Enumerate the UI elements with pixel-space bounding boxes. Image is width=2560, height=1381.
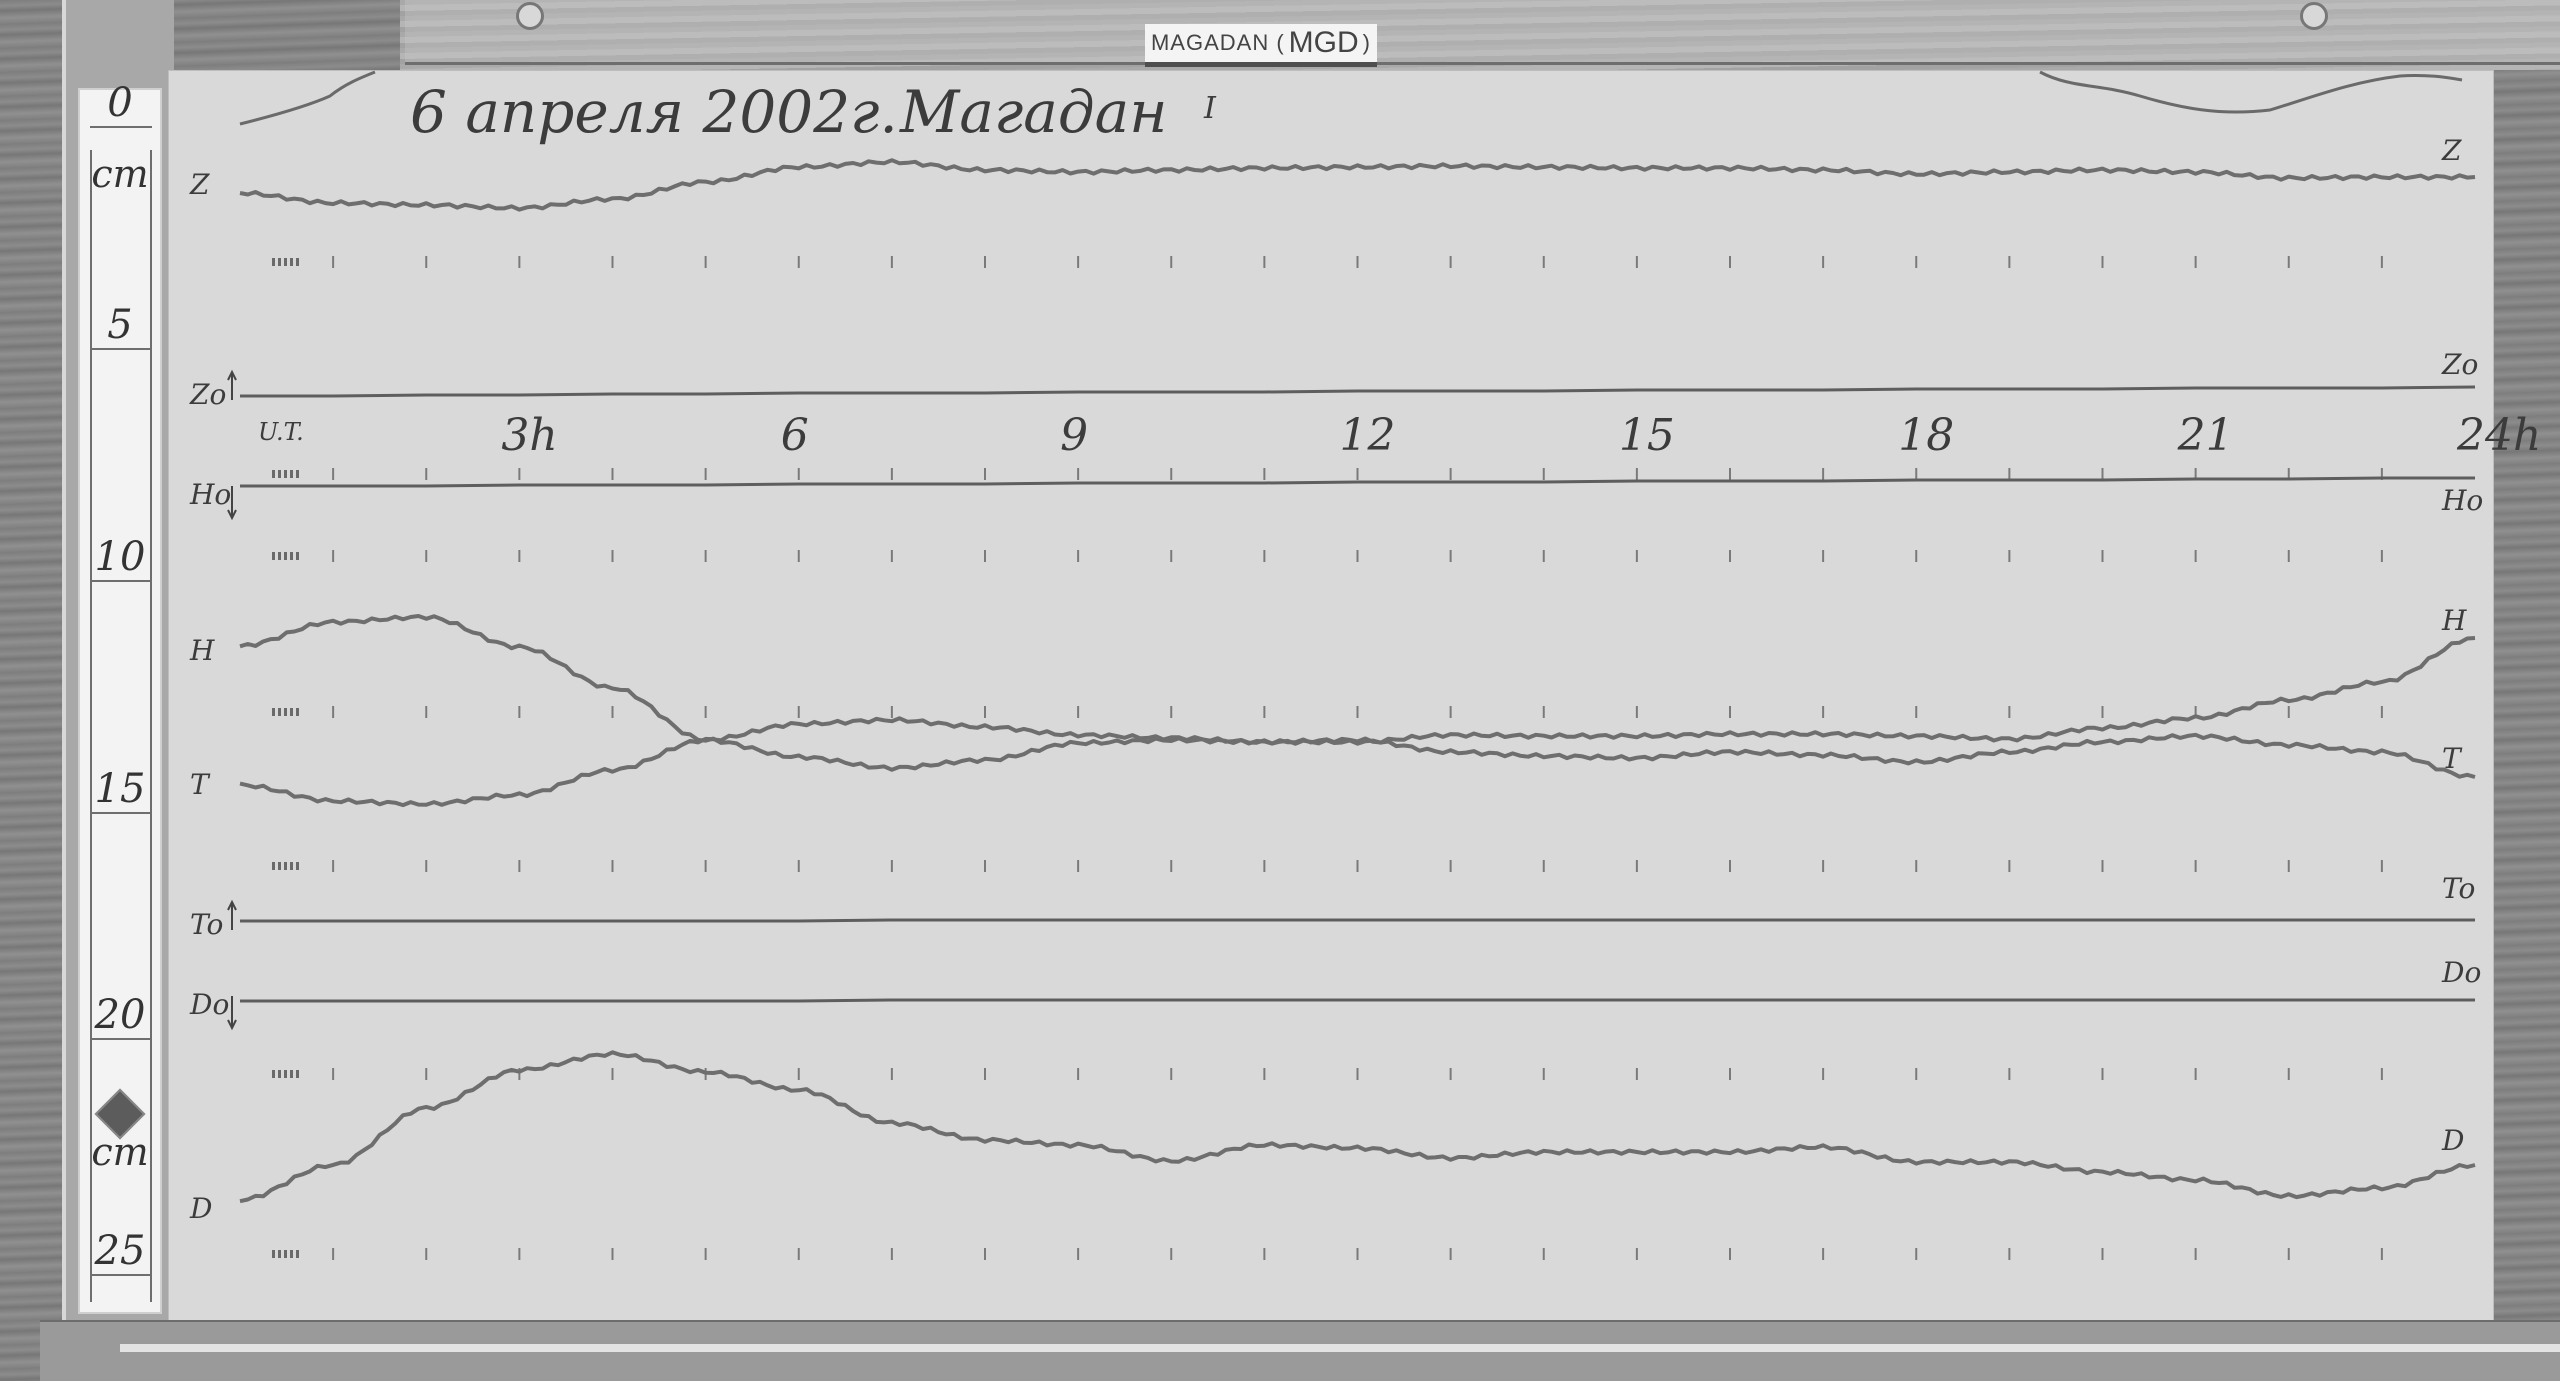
channel-label-right-h: H: [2441, 604, 2467, 637]
time-mark-cluster: [272, 1250, 275, 1258]
time-mark-cluster: [290, 708, 293, 716]
time-mark-cluster: [278, 258, 281, 266]
time-mark-cluster: [284, 708, 287, 716]
series-t-line: [240, 718, 2475, 805]
series-do-line: [240, 1000, 2475, 1001]
channel-label-right-z: Z: [2441, 134, 2462, 167]
time-mark-cluster: [290, 862, 293, 870]
ut-axis-label: U.T.: [258, 418, 304, 446]
x-tick-label: 6: [781, 410, 809, 461]
channel-label-left-d: D: [189, 1192, 212, 1225]
channel-label-right-t0: To: [2442, 872, 2475, 905]
left-channel-labels: ZZoHoHTToDoD: [189, 168, 236, 1225]
time-mark-cluster: [272, 552, 275, 560]
time-mark-cluster: [296, 862, 299, 870]
bottom-frame-board: [40, 1320, 2560, 1381]
time-mark-cluster: [272, 708, 275, 716]
time-mark-cluster: [284, 552, 287, 560]
arrow-up-icon: [228, 372, 236, 400]
x-tick-label: 9: [1060, 410, 1088, 461]
magnetogram-chart: 6 апреля 2002г. Магадан I U.T.3h69121518…: [0, 0, 2560, 1381]
time-mark-cluster: [278, 862, 281, 870]
channel-label-right-z0: Zo: [2441, 348, 2478, 381]
x-tick-label: 15: [1619, 410, 1675, 461]
time-mark-cluster: [296, 1250, 299, 1258]
x-tick-label: 18: [1898, 410, 1954, 461]
time-mark-cluster: [284, 1250, 287, 1258]
time-mark-cluster: [296, 552, 299, 560]
time-mark-cluster: [272, 258, 275, 266]
channel-label-right-t: T: [2442, 742, 2463, 775]
time-mark-cluster: [290, 470, 293, 478]
channel-label-left-d0: Do: [189, 988, 229, 1021]
series-z-line: [240, 160, 2475, 209]
spillover-trace-top-left: [240, 72, 375, 124]
channel-label-right-h0: Ho: [2441, 484, 2483, 517]
chart-title-date: 6 апреля 2002г.: [410, 78, 898, 146]
channel-label-left-t: T: [190, 768, 211, 801]
channel-label-left-t0: To: [190, 908, 223, 941]
time-mark-cluster: [272, 470, 275, 478]
time-mark-cluster: [278, 1070, 281, 1078]
series-h-line: [240, 616, 2475, 770]
time-mark-cluster: [278, 470, 281, 478]
channel-label-right-d0: Do: [2441, 956, 2481, 989]
time-mark-cluster: [296, 1070, 299, 1078]
time-mark-cluster: [296, 258, 299, 266]
time-mark-cluster: [284, 862, 287, 870]
time-mark-cluster: [296, 708, 299, 716]
time-mark-cluster: [284, 1070, 287, 1078]
x-tick-label: 3h: [501, 410, 557, 461]
x-axis-hour-labels: U.T.3h691215182124h: [258, 410, 2541, 461]
x-tick-label: 24h: [2456, 410, 2541, 461]
x-tick-label: 21: [2177, 410, 2234, 461]
x-tick-label: 12: [1340, 410, 1396, 461]
spillover-trace-top-right: [2040, 72, 2462, 112]
channel-label-left-z0: Zo: [189, 378, 226, 411]
channel-label-left-h: H: [189, 634, 215, 667]
time-mark-cluster: [278, 708, 281, 716]
time-mark-cluster: [284, 470, 287, 478]
time-mark-cluster: [290, 258, 293, 266]
series-zo-line: [240, 387, 2475, 396]
time-mark-cluster: [290, 1250, 293, 1258]
time-mark-cluster: [272, 862, 275, 870]
time-mark-cluster: [290, 552, 293, 560]
channel-label-left-h0: Ho: [189, 478, 231, 511]
time-mark-cluster: [284, 258, 287, 266]
channel-label-right-d: D: [2441, 1124, 2464, 1157]
hour-tick-marks: [272, 256, 2382, 1260]
arrow-up-icon: [228, 902, 236, 930]
time-mark-cluster: [278, 1250, 281, 1258]
chart-title-station: Магадан: [899, 78, 1167, 146]
time-mark-cluster: [296, 470, 299, 478]
time-mark-cluster: [272, 1070, 275, 1078]
chart-title-suffix: I: [1203, 91, 1217, 126]
channel-label-left-z: Z: [189, 168, 210, 201]
data-series: [240, 160, 2475, 1201]
time-mark-cluster: [290, 1070, 293, 1078]
series-to-line: [240, 920, 2475, 921]
time-mark-cluster: [278, 552, 281, 560]
